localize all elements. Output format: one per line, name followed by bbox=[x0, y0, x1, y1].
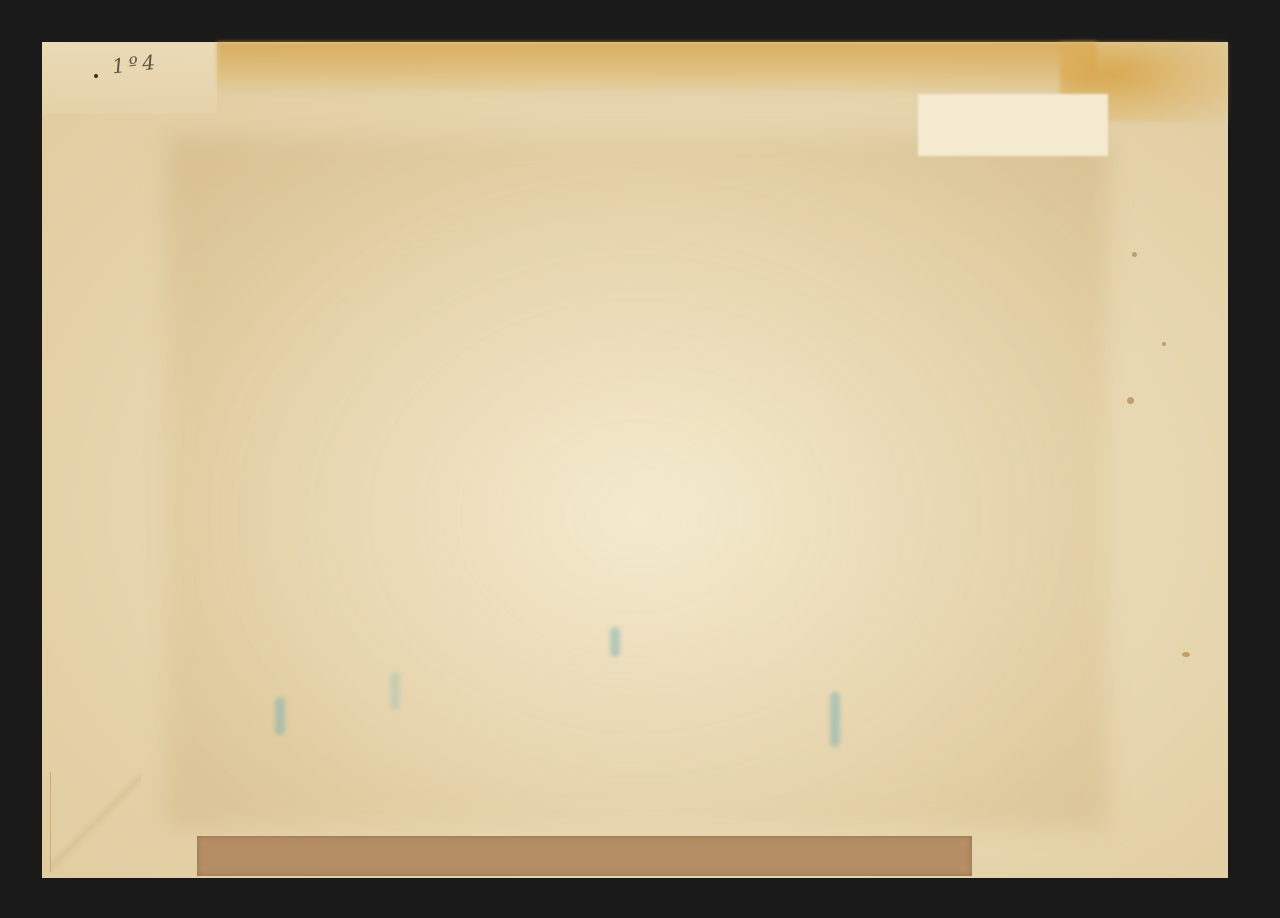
handwritten-note: 1º4 bbox=[111, 50, 160, 79]
foxing-spot bbox=[1162, 342, 1166, 346]
foxing-spot bbox=[1127, 397, 1134, 404]
top-foxing-stain bbox=[217, 42, 1097, 94]
aged-paper-sheet: 1º4 bbox=[42, 42, 1228, 878]
foxing-spot bbox=[1132, 252, 1137, 257]
blue-ink-bleed bbox=[275, 697, 285, 735]
corner-crease bbox=[50, 772, 141, 872]
blue-ink-bleed bbox=[610, 627, 620, 657]
foxing-spot bbox=[1182, 652, 1190, 657]
pale-tape-residue bbox=[918, 94, 1108, 156]
blue-ink-bleed bbox=[390, 672, 400, 710]
plate-mark-shadow bbox=[167, 137, 1107, 827]
brown-paper-tape bbox=[197, 836, 972, 876]
blue-ink-bleed bbox=[830, 692, 840, 747]
ink-dot bbox=[94, 74, 98, 78]
